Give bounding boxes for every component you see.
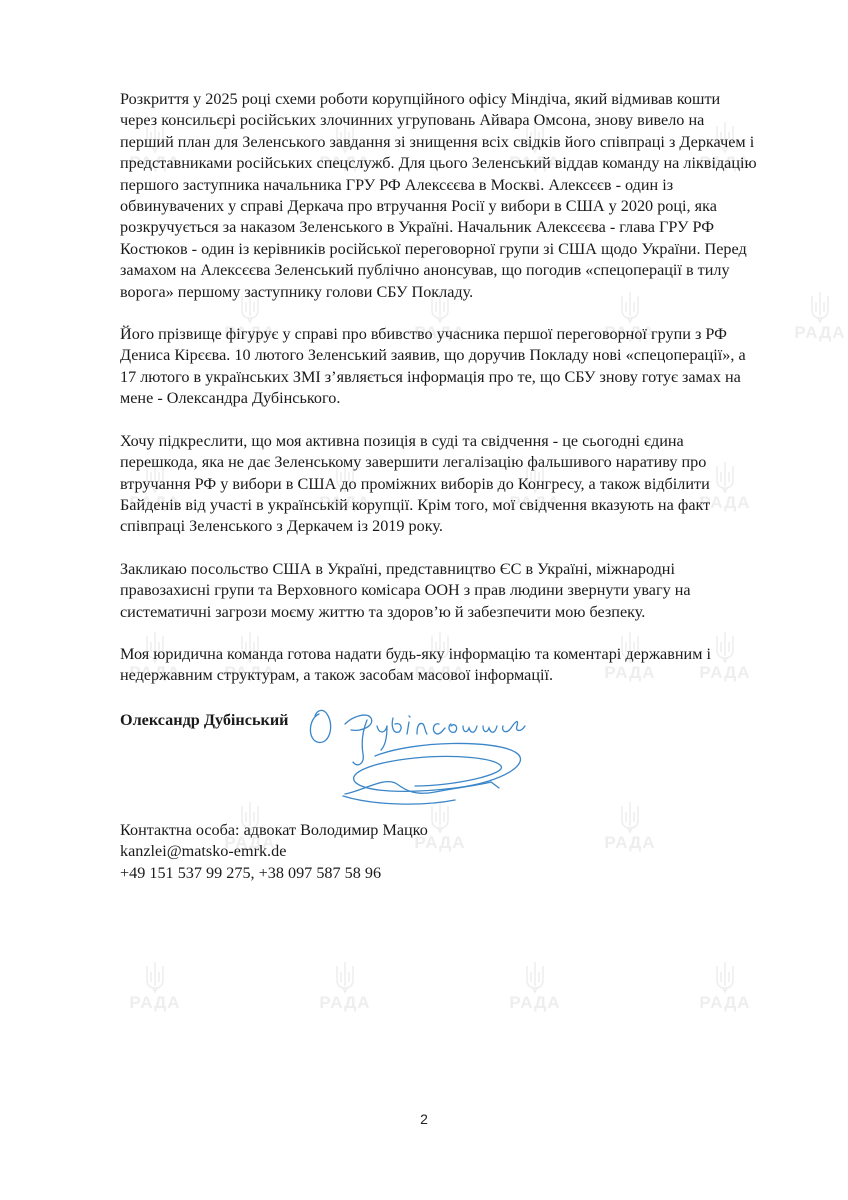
rada-watermark: РАДА: [305, 960, 385, 1017]
paragraph-1: Розкриття у 2025 році схеми роботи коруп…: [120, 89, 760, 303]
paragraph-2: Його прізвище фігурує у справі про вбивс…: [120, 324, 760, 410]
signatory-name: Олександр Дубінський: [120, 710, 288, 731]
watermark-text: РАДА: [305, 994, 385, 1012]
rada-watermark: РАДА: [780, 290, 848, 347]
rada-watermark: РАДА: [115, 960, 195, 1017]
rada-watermark: РАДА: [685, 960, 765, 1017]
trident-icon: [333, 960, 357, 994]
document-body: Розкриття у 2025 році схеми роботи коруп…: [120, 89, 760, 884]
trident-icon: [808, 290, 832, 324]
paragraph-5: Моя юридична команда готова надати будь-…: [120, 644, 760, 687]
rada-watermark: РАДА: [495, 960, 575, 1017]
watermark-text: РАДА: [115, 994, 195, 1012]
paragraph-4: Закликаю посольство США в Україні, предс…: [120, 559, 760, 623]
watermark-text: РАДА: [685, 994, 765, 1012]
page-number: 2: [0, 1111, 848, 1127]
signature-block: Олександр Дубінський: [120, 708, 760, 820]
contact-phones: +49 151 537 99 275, +38 097 587 58 96: [120, 863, 760, 884]
contact-email[interactable]: kanzlei@matsko-emrk.de: [120, 841, 760, 862]
contact-person: Контактна особа: адвокат Володимир Мацко: [120, 820, 760, 841]
trident-icon: [713, 960, 737, 994]
trident-icon: [143, 960, 167, 994]
trident-icon: [523, 960, 547, 994]
watermark-text: РАДА: [780, 324, 848, 342]
paragraph-3: Хочу підкреслити, що моя активна позиція…: [120, 431, 760, 538]
watermark-text: РАДА: [495, 994, 575, 1012]
handwritten-signature-icon: [305, 696, 565, 816]
